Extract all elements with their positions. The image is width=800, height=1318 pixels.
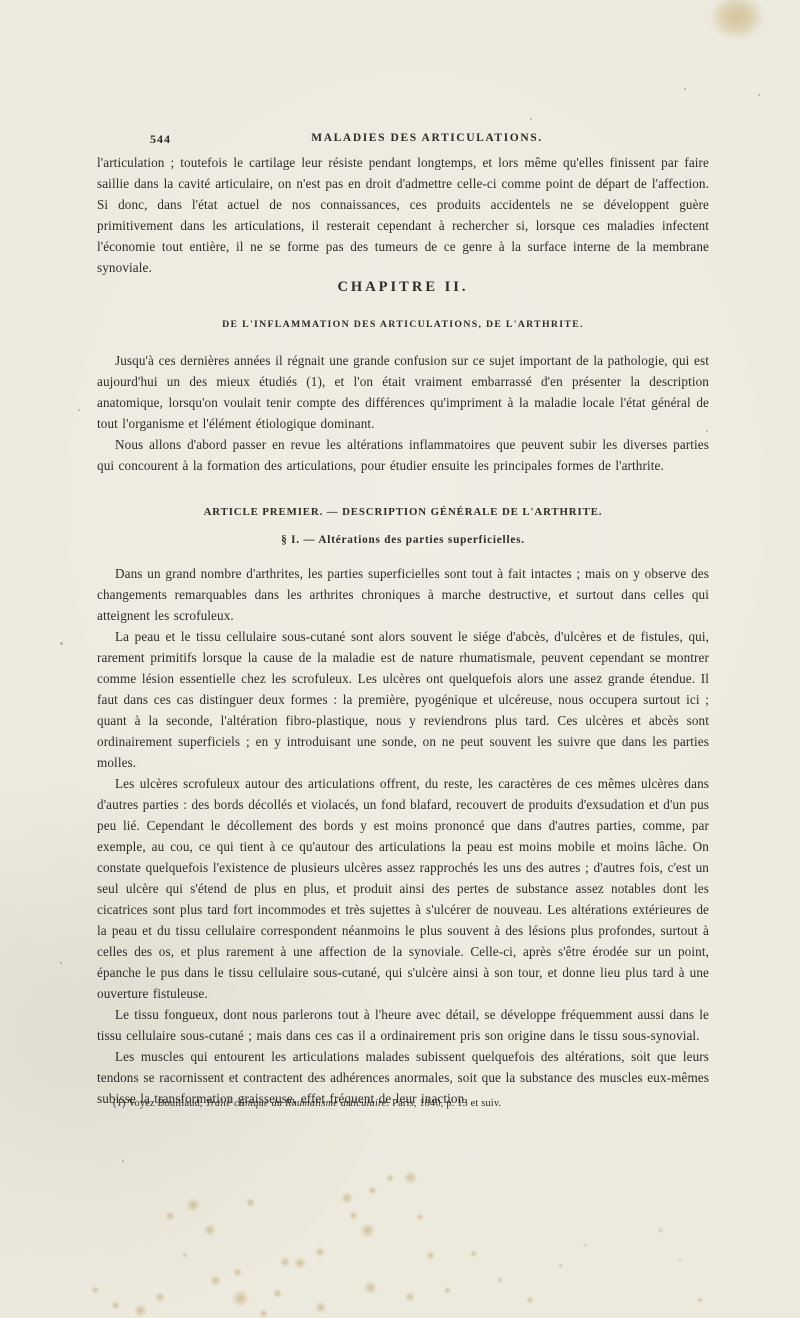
footnote: (1) Voyez Bouillaud, Traité clinique du … <box>113 1098 709 1109</box>
paragraph: l'articulation ; toutefois le cartilage … <box>97 152 709 278</box>
paragraph: Les ulcères scrofuleux autour des articu… <box>97 773 709 1004</box>
article-heading: ARTICLE PREMIER. — DESCRIPTION GÉNÉRALE … <box>97 506 709 518</box>
chapter-subtitle: DE L'INFLAMMATION DES ARTICULATIONS, DE … <box>97 319 709 330</box>
section-paragraphs: Dans un grand nombre d'arthrites, les pa… <box>97 563 709 1109</box>
chapter-heading: CHAPITRE II. <box>97 279 709 296</box>
paragraph: Le tissu fongueux, dont nous parlerons t… <box>97 1004 709 1046</box>
footnote-book-title: Traité clinique du Rhumatisme articulair… <box>205 1098 389 1109</box>
section-heading: § I. — Altérations des parties superfici… <box>97 534 709 546</box>
chapter-paragraphs: Jusqu'à ces dernières années il régnait … <box>97 350 709 476</box>
paragraph: Jusqu'à ces dernières années il régnait … <box>97 350 709 434</box>
paragraph: La peau et le tissu cellulaire sous-cuta… <box>97 626 709 773</box>
paragraph: Dans un grand nombre d'arthrites, les pa… <box>97 563 709 626</box>
intro-paragraph-block: l'articulation ; toutefois le cartilage … <box>97 152 709 278</box>
paper-stain-top-right <box>710 0 764 40</box>
running-title: MALADIES DES ARTICULATIONS. <box>121 132 733 144</box>
paragraph: Nous allons d'abord passer en revue les … <box>97 434 709 476</box>
footnote-prefix: (1) Voyez Bouillaud, <box>113 1098 205 1109</box>
footnote-suffix: Paris, 1840, p. 13 et suiv. <box>389 1098 501 1109</box>
book-page: 544 MALADIES DES ARTICULATIONS. l'articu… <box>0 0 800 1318</box>
